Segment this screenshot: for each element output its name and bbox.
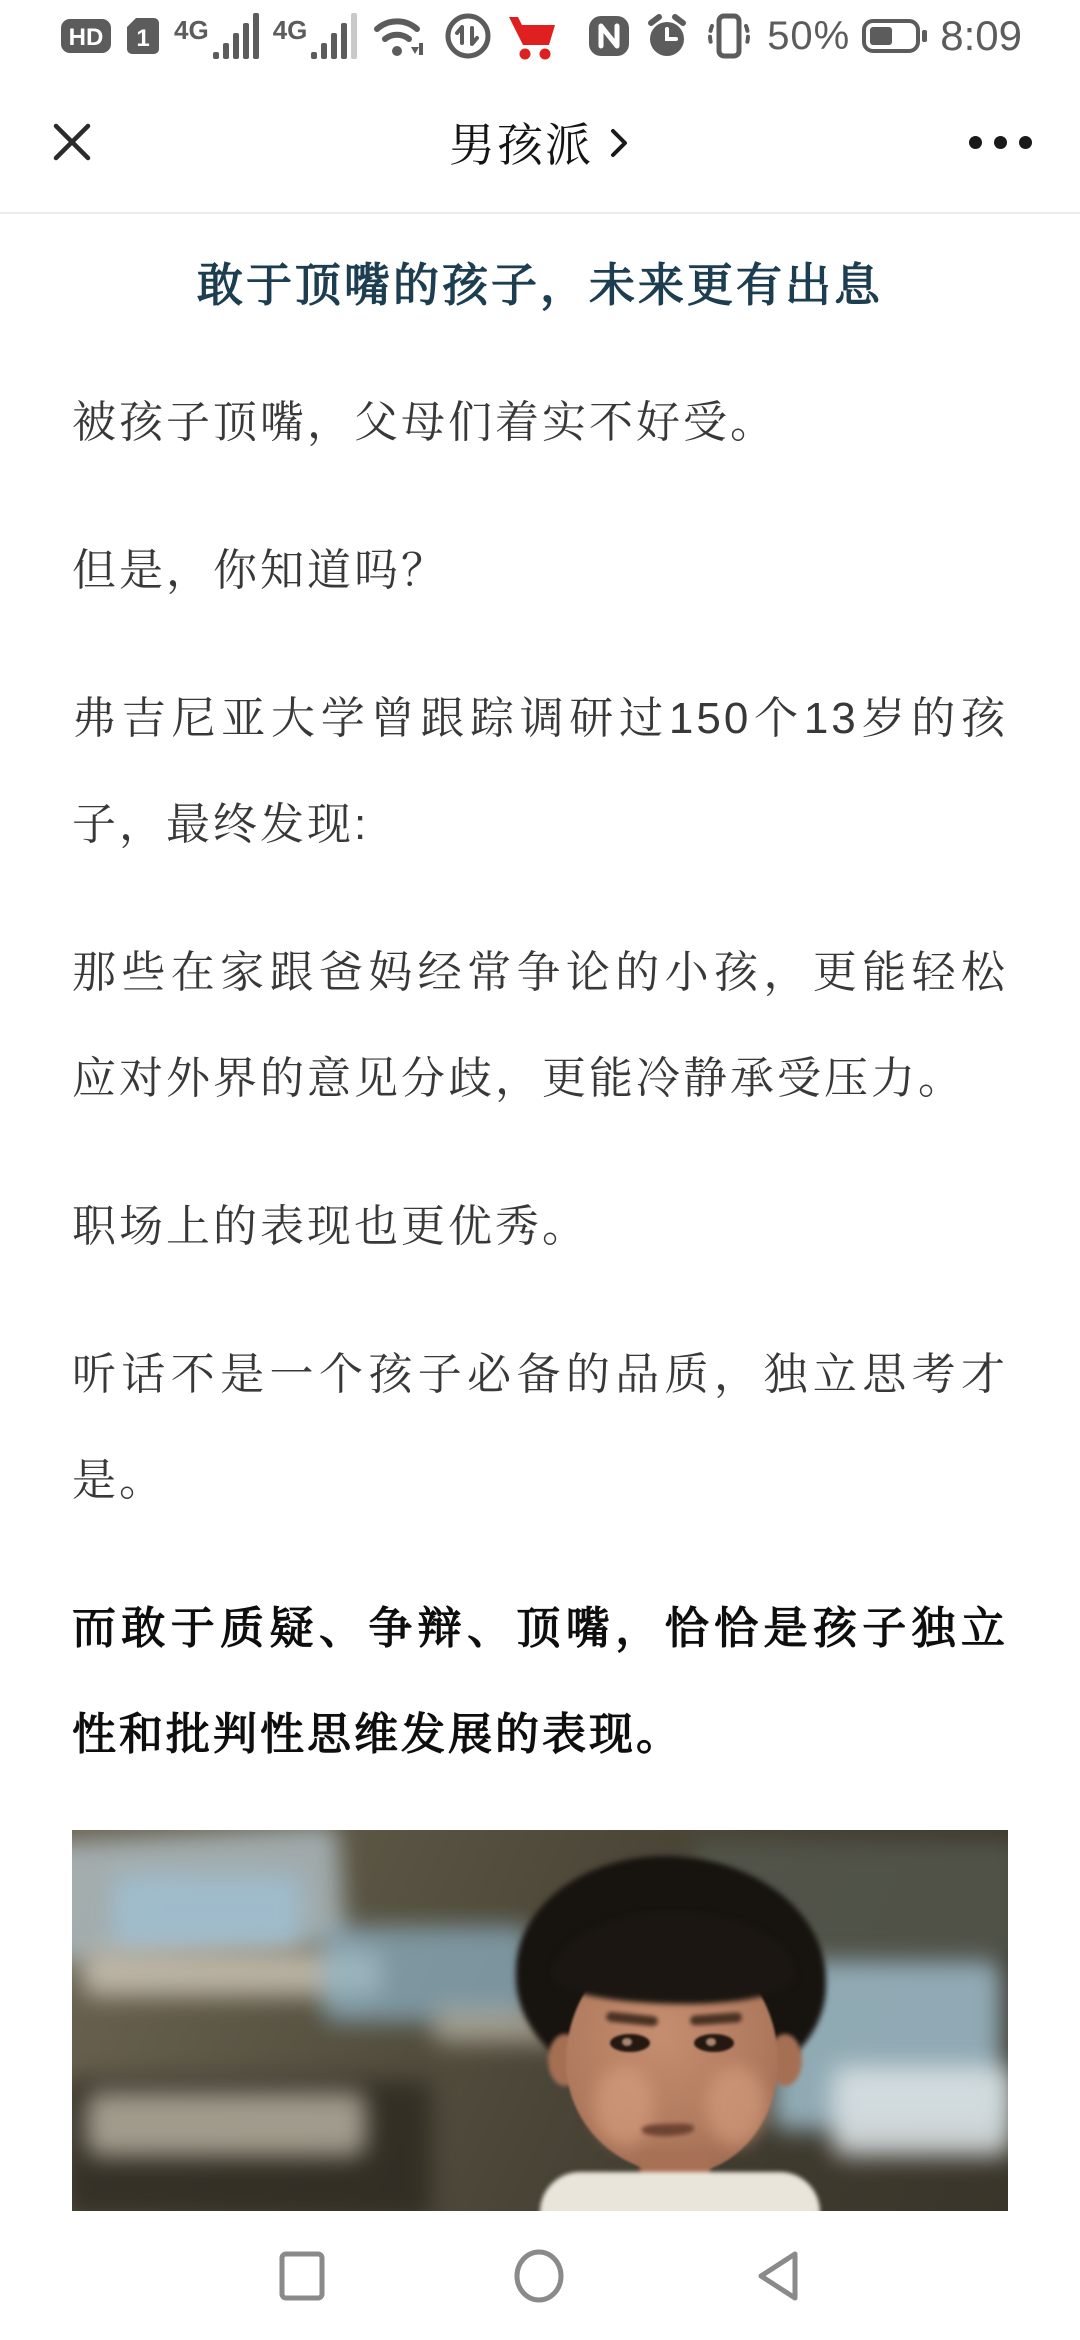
hd-icon: HD (60, 18, 112, 54)
account-name: 男孩派 (449, 119, 593, 171)
boy-tear-shine (622, 2038, 632, 2046)
article-header: 男孩派 (0, 72, 1080, 214)
status-bar: HD 1 4G 4G (0, 0, 1080, 72)
photo-blurred-bedding (112, 1874, 302, 1948)
nfc-icon (587, 14, 631, 58)
battery-percent: 50% (767, 14, 850, 59)
android-navigation-bar (0, 2212, 1080, 2340)
vibrate-icon (703, 12, 755, 60)
clock-time: 8:09 (940, 12, 1022, 60)
account-title[interactable]: 男孩派 (0, 109, 1080, 175)
paragraph: 被孩子顶嘴，父母们着实不好受。 (72, 370, 1008, 476)
svg-text:1: 1 (136, 25, 149, 52)
boy-cheek (706, 2066, 766, 2146)
boy-tear-shine (706, 2038, 716, 2046)
paragraph: 听话不是一个孩子必备的品质，独立思考才是。 (72, 1322, 1008, 1534)
boy-shirt (540, 2172, 820, 2211)
battery-icon (862, 19, 928, 53)
alarm-icon (643, 13, 691, 59)
boy-cheek (594, 2066, 654, 2146)
chevron-right-icon (607, 120, 631, 174)
svg-text:HD: HD (69, 24, 104, 51)
sim1-icon: 1 (126, 17, 160, 55)
shopping-cart-notification-icon (507, 11, 557, 61)
paragraph-emphasis: 而敢于质疑、争辩、顶嘴，恰恰是孩子独立性和批判性思维发展的表现。 (72, 1576, 1008, 1788)
article-image[interactable] (72, 1830, 1008, 2211)
back-button[interactable] (753, 2248, 801, 2304)
home-button[interactable] (513, 2249, 565, 2303)
photo-boy (482, 1856, 862, 2211)
recents-button[interactable] (279, 2251, 325, 2301)
article-body: 敢于顶嘴的孩子，未来更有出息 被孩子顶嘴，父母们着实不好受。 但是，你知道吗？ … (0, 214, 1080, 2211)
photo-blurred-frame (86, 2092, 366, 2156)
data-sync-icon (443, 11, 493, 61)
paragraph: 那些在家跟爸妈经常争论的小孩，更能轻松应对外界的意见分歧，更能冷静承受压力。 (72, 920, 1008, 1132)
paragraph: 职场上的表现也更优秀。 (72, 1174, 1008, 1280)
signal-sim1-icon: 4G (174, 13, 259, 59)
signal-sim2-icon: 4G (273, 13, 358, 59)
wifi-icon (371, 13, 429, 59)
paragraph: 弗吉尼亚大学曾跟踪调研过150个13岁的孩子，最终发现: (72, 666, 1008, 878)
article-title: 敢于顶嘴的孩子，未来更有出息 (72, 250, 1008, 320)
paragraph: 但是，你知道吗？ (72, 518, 1008, 624)
